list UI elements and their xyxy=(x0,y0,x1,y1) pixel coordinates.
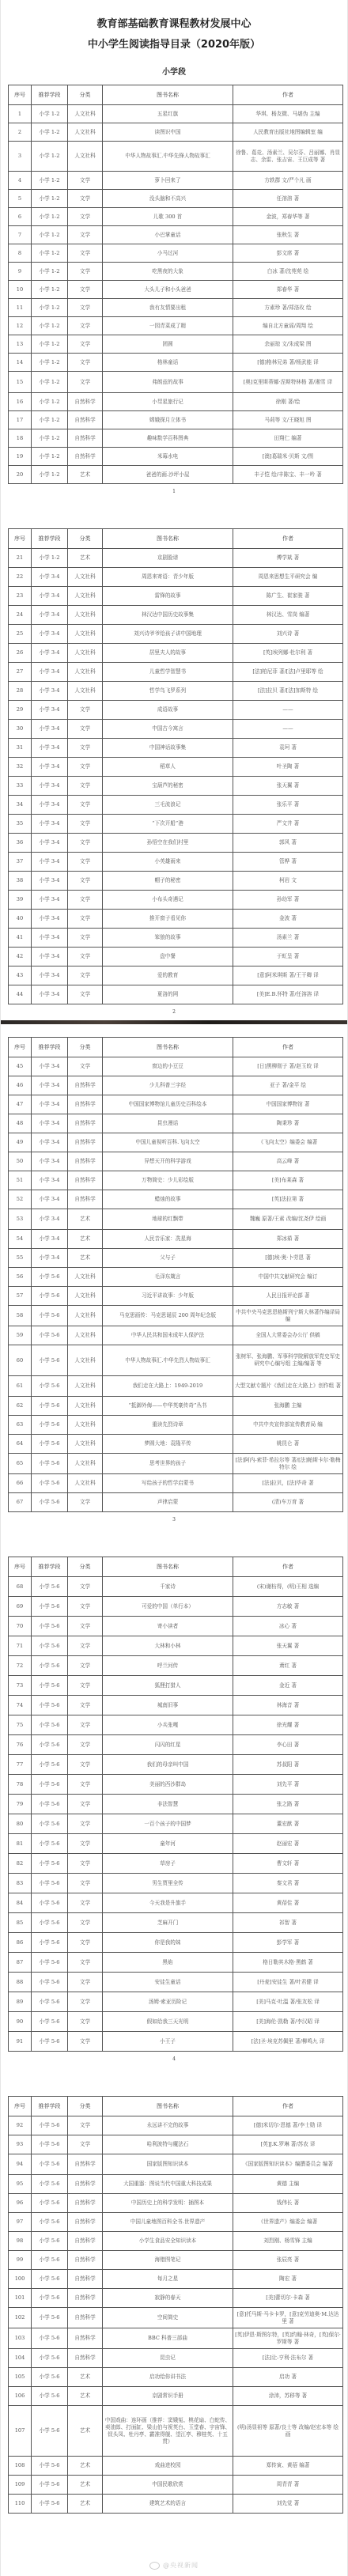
cell-serial: 35 xyxy=(9,815,32,834)
book-table: 序号推荐学段分类图书名称作者 92小学 5-6文学永远讲不完的故事[德]米切尔·… xyxy=(8,2096,343,2514)
cell-serial: 61 xyxy=(9,1376,32,1397)
cell-author: 徐光耀 著 xyxy=(233,1715,343,1735)
cell-serial: 26 xyxy=(9,644,32,663)
cell-serial: 18 xyxy=(9,429,32,448)
cell-author: 陶宏 著 xyxy=(233,2270,343,2289)
table-row: 42小学 3-4文学盘中餐于虹呈 著 xyxy=(9,948,343,966)
cell-serial: 22 xyxy=(9,568,32,587)
table-row: 32小学 3-4文学稻草人叶圣陶 著 xyxy=(9,758,343,777)
table-body: 92小学 5-6文学永远讲不完的故事[德]米切尔·恩德 著/李士勋 译93小学 … xyxy=(9,2116,343,2514)
cell-title: 小彗星旅行记 xyxy=(103,393,233,411)
cell-stage: 小学 5-6 xyxy=(32,2495,68,2514)
cell-stage: 小学 3-4 xyxy=(32,587,68,606)
cell-serial: 47 xyxy=(9,1095,32,1114)
cell-title: 草房子 xyxy=(103,1854,233,1874)
cell-category: 文学 xyxy=(68,1953,103,1973)
cell-serial: 89 xyxy=(9,1992,32,2012)
table-row: 86小学 5-6文学你是我的妹彭学军 著 xyxy=(9,1933,343,1953)
cell-stage: 小学 5-6 xyxy=(32,1913,68,1933)
cell-category: 文学 xyxy=(68,263,103,281)
cell-stage: 小学 1-2 xyxy=(32,448,68,466)
cell-serial: 38 xyxy=(9,872,32,891)
table-row: 91小学 5-6文学小王子[法]圣·埃克苏佩里 著/柳鸣九 译 xyxy=(9,2032,343,2052)
cell-stage: 小学 5-6 xyxy=(32,1474,68,1493)
table-row: 72小学 5-6文学呼兰河传萧红 著 xyxy=(9,1656,343,1676)
table-row: 69小学 5-6文学可爱的中国（单行本）方志敏 著 xyxy=(9,1597,343,1617)
cell-serial: 102 xyxy=(9,2308,32,2328)
cell-author: 郑传寅、黄蓓 编著 xyxy=(233,2457,343,2476)
cell-title: 童年河 xyxy=(103,1834,233,1854)
cell-category: 文学 xyxy=(68,335,103,354)
cell-category: 文学 xyxy=(68,777,103,796)
cell-title: 三毛流浪记 xyxy=(103,796,233,815)
page-number xyxy=(1,2514,347,2529)
cell-category: 文学 xyxy=(68,299,103,317)
cell-stage: 小学 3-4 xyxy=(32,625,68,644)
cell-title: 蜡烛的故事 xyxy=(103,1190,233,1209)
table-row: 9小学 1-2文学吃黑夜的大象白冰 著/沈苑苑 绘 xyxy=(9,263,343,281)
table-row: 58小学 5-6人文社科马克思画传：马克思诞辰 200 周年纪念版中共中央马克思… xyxy=(9,1306,343,1326)
table-row: 62小学 5-6人文社科“抵御外侮——中华英豪传奇”丛书张海鹏 主编 xyxy=(9,1397,343,1416)
cell-author: 于虹呈 著 xyxy=(233,948,343,966)
cell-serial: 16 xyxy=(9,393,32,411)
cell-title: 五星红旗 xyxy=(103,105,233,123)
header-col-author: 作者 xyxy=(233,529,343,549)
cell-author: [美]布莱森 著 xyxy=(233,1171,343,1190)
cell-category: 人文社科 xyxy=(68,682,103,701)
cell-serial: 54 xyxy=(9,1230,32,1249)
page-number: 3 xyxy=(1,1512,347,1528)
cell-stage: 小学 3-4 xyxy=(32,758,68,777)
cell-author: [英]J.K.罗琳 著/苏农 译 xyxy=(233,2135,343,2154)
cell-serial: 21 xyxy=(9,549,32,568)
cell-author: 中共中央宣传部宣传教育局 编 xyxy=(233,1416,343,1435)
cell-category: 文学 xyxy=(68,317,103,335)
table-row: 18小学 1-2自然科学趣味数学百科图典田翔仁 编著 xyxy=(9,429,343,448)
table-row: 1小学 1-2人文社科五星红旗华琪、杨友微、马堪伪 主编 xyxy=(9,105,343,123)
table-row: 96小学 5-6自然科学中国历史上的科学发明：插图本钱伟长 著 xyxy=(9,2194,343,2213)
cell-title: 少儿科普三字经 xyxy=(103,1076,233,1095)
cell-title: 建筑艺术的语言 xyxy=(103,2495,233,2514)
cell-author: 方素珍 著/郑洛玫 绘 xyxy=(233,299,343,317)
cell-category: 人文社科 xyxy=(68,1416,103,1435)
cell-category: 自然科学 xyxy=(68,2308,103,2328)
cell-serial: 4 xyxy=(9,172,32,190)
header-col-serial: 序号 xyxy=(9,2097,32,2116)
table-row: 98小学 5-6自然科学小学生食品安全知识读本刘烈刚、杨雪锋 主编 xyxy=(9,2232,343,2251)
cell-category: 自然科学 xyxy=(68,1190,103,1209)
cell-title: 空间简史 xyxy=(103,2308,233,2328)
cell-author: 华琪、杨友微、马堪伪 主编 xyxy=(233,105,343,123)
cell-title: 小王子 xyxy=(103,2032,233,2052)
cell-stage: 小学 3-4 xyxy=(32,1114,68,1133)
cell-author: [美]蕾切尔·卡森 著 xyxy=(233,2289,343,2308)
table-row: 56小学 5-6人文社科毛泽东箴言中国中共文献研究会 编订 xyxy=(9,1268,343,1287)
cell-stage: 小学 5-6 xyxy=(32,1435,68,1454)
table-row: 12小学 1-2文学一园青菜成了精编自北方童谣/周翔 绘 xyxy=(9,317,343,335)
document-page: 序号推荐学段分类图书名称作者 45小学 3-4文学窗边的小豆豆[日]黑柳彻子 著… xyxy=(1,1037,347,1528)
cell-stage: 小学 3-4 xyxy=(32,739,68,758)
cell-author: 叶圣陶 著 xyxy=(233,758,343,777)
cell-category: 文学 xyxy=(68,1992,103,2012)
cell-category: 自然科学 xyxy=(68,393,103,411)
cell-title: 黑焰 xyxy=(103,1953,233,1973)
cell-category: 自然科学 xyxy=(68,1152,103,1171)
cell-author: 人民教育出版社地图编辑室 编 xyxy=(233,123,343,142)
cell-author: [法]阿内-索菲·希拉尔等 著/[法]帕斯卡尔·勒梅特尔 绘 xyxy=(233,1454,343,1474)
cell-category: 文学 xyxy=(68,1854,103,1874)
cell-category: 自然科学 xyxy=(68,2270,103,2289)
table-row: 92小学 5-6文学永远讲不完的故事[德]米切尔·恩德 著/李士勋 译 xyxy=(9,2116,343,2135)
cell-author: [美]马克·吐温 著/张友松 译 xyxy=(233,1992,343,2012)
table-row: 49小学 3-4自然科学中国儿童视听百科.飞向太空《飞向太空》编委会 编著 xyxy=(9,1133,343,1152)
cell-author: [澳]葛瑞米·贝斯 文/图 xyxy=(233,448,343,466)
cell-stage: 小学 1-2 xyxy=(32,172,68,190)
cell-serial: 83 xyxy=(9,1874,32,1893)
table-row: 50小学 3-4自然科学异想天开的科学游戏高云峰 著 xyxy=(9,1152,343,1171)
table-row: 46小学 3-4自然科学少儿科普三字经亚子 著/金平 绘 xyxy=(9,1076,343,1095)
table-row: 47小学 3-4自然科学中国国家博物馆儿童历史百科绘本中国国家博物馆 著 xyxy=(9,1095,343,1114)
cell-category: 艺术 xyxy=(68,2406,103,2457)
table-row: 61小学 5-6人文社科我们走在大路上：1949-2019大型文献专题片《我们走… xyxy=(9,1376,343,1397)
cell-stage: 小学 1-2 xyxy=(32,299,68,317)
cell-category: 艺术 xyxy=(68,466,103,484)
cell-category: 文学 xyxy=(68,190,103,208)
table-row: 36小学 3-4文学孙悟空在我们村里郭风 著 xyxy=(9,834,343,853)
cell-stage: 小学 3-4 xyxy=(32,1152,68,1171)
cell-author: 秦文君 著 xyxy=(233,1874,343,1893)
cell-author: 中国中共文献研究会 编订 xyxy=(233,1268,343,1287)
cell-serial: 14 xyxy=(9,354,32,372)
cell-serial: 60 xyxy=(9,1345,32,1376)
cell-stage: 小学 5-6 xyxy=(32,2154,68,2175)
table-row: 64小学 5-6人文社科梦圆大地：袁隆平传姚昆仑 著 xyxy=(9,1435,343,1454)
cell-stage: 小学 5-6 xyxy=(32,1493,68,1512)
cell-stage: 小学 1-2 xyxy=(32,372,68,393)
table-row: 35小学 3-4文学“下次开船”港严文井 著 xyxy=(9,815,343,834)
cell-category: 艺术 xyxy=(68,2457,103,2476)
cell-category: 文学 xyxy=(68,1755,103,1775)
cell-title: 小学生食品安全知识读本 xyxy=(103,2232,233,2251)
table-body: 45小学 3-4文学窗边的小豆豆[日]黑柳彻子 著/赵玉皎 译46小学 3-4自… xyxy=(9,1057,343,1512)
cell-category: 文学 xyxy=(68,1893,103,1913)
header-col-stage: 推荐学段 xyxy=(32,2097,68,2116)
cell-category: 文学 xyxy=(68,1057,103,1076)
cell-author: 陶秉珍 著 xyxy=(233,1114,343,1133)
watermark: @央视新闻 xyxy=(1,2529,347,2576)
cell-serial: 81 xyxy=(9,1834,32,1854)
cell-author: 余丽琼 文/朱成梁 图 xyxy=(233,335,343,354)
cell-author: 彭文席 著 xyxy=(233,244,343,263)
cell-title: 稻草人 xyxy=(103,758,233,777)
cell-category: 自然科学 xyxy=(68,2349,103,2368)
cell-stage: 小学 5-6 xyxy=(32,1656,68,1676)
table-row: 60小学 5-6人文社科中华人物故事汇.中华先烈人物故事汇张树军、张海鹏、军事科… xyxy=(9,1345,343,1376)
cell-author: 郭风 著 xyxy=(233,834,343,853)
cell-stage: 小学 5-6 xyxy=(32,1676,68,1696)
cell-category: 文学 xyxy=(68,1834,103,1854)
cell-author: (清)车万育 著 xyxy=(233,1493,343,1512)
cell-category: 自然科学 xyxy=(68,2154,103,2175)
cell-title: 小马过河 xyxy=(103,244,233,263)
cell-category: 自然科学 xyxy=(68,2232,103,2251)
table-row: 99小学 5-6自然科学海错图笔记张辰亮 著 xyxy=(9,2251,343,2270)
cell-title: 中国古今寓言 xyxy=(103,720,233,739)
cell-serial: 66 xyxy=(9,1474,32,1493)
document-header: 教育部基础教育课程教材发展中心 中小学生阅读指导目录（2020年版） 小学段 xyxy=(1,0,347,77)
cell-stage: 小学 1-2 xyxy=(32,123,68,142)
cell-category: 自然科学 xyxy=(68,1076,103,1095)
table-row: 83小学 5-6文学男生贾里全传秦文君 著 xyxy=(9,1874,343,1893)
cell-title: 我有友情要出租 xyxy=(103,299,233,317)
cell-serial: 40 xyxy=(9,910,32,929)
table-row: 41小学 3-4文学笨狼的故事汤素兰 著 xyxy=(9,929,343,948)
cell-category: 文学 xyxy=(68,1597,103,1617)
table-row: 52小学 3-4自然科学蜡烛的故事[英]法拉第 著 xyxy=(9,1190,343,1209)
table-row: 6小学 1-2文学儿歌 300 首金波，郑春华等 著 xyxy=(9,208,343,226)
table-header: 序号推荐学段分类图书名称作者 xyxy=(9,1557,343,1577)
cell-author: 赵丽宏 著 xyxy=(233,1834,343,1854)
cell-title: 寄小读者 xyxy=(103,1617,233,1636)
cell-title: “下次开船”港 xyxy=(103,815,233,834)
cell-category: 人文社科 xyxy=(68,1454,103,1474)
cell-author: 任溶溶 著 xyxy=(233,190,343,208)
cell-category: 文学 xyxy=(68,985,103,1004)
table-row: 24小学 3-4人文社科林汉达中国历史故事集林汉达、雪岗 编著 xyxy=(9,606,343,625)
cell-title: 海错图笔记 xyxy=(103,2251,233,2270)
cell-serial: 87 xyxy=(9,1953,32,1973)
cell-author: 徐鲁、葛竞、汤素兰、吴尔芬、吕丽娜、肖显志、余雷、张吉宙、王巨成等 著 xyxy=(233,142,343,172)
cell-category: 艺术 xyxy=(68,1230,103,1249)
cell-author: 柯岩 文 xyxy=(233,872,343,891)
cell-title: 梦圆大地：袁隆平传 xyxy=(103,1435,233,1454)
cell-author: [丹麦]安徒生 著/叶君健 译 xyxy=(233,1973,343,1992)
cell-category: 自然科学 xyxy=(68,2251,103,2270)
cell-title: “抵御外侮——中华英豪传奇”丛书 xyxy=(103,1397,233,1416)
cell-author: 管桦 著 xyxy=(233,853,343,872)
cell-category: 文学 xyxy=(68,1933,103,1953)
table-row: 105小学 5-6艺术启功给你讲书法启功 著 xyxy=(9,2368,343,2387)
cell-stage: 小学 3-4 xyxy=(32,1230,68,1249)
cell-serial: 3 xyxy=(9,142,32,172)
cell-category: 自然科学 xyxy=(68,2213,103,2232)
cell-author: 《国家版图知识读本》编撰委员会 编著 xyxy=(233,2154,343,2175)
table-row: 80小学 5-6文学一百个孩子的中国梦董宏猷 著 xyxy=(9,1814,343,1834)
cell-category: 人文社科 xyxy=(68,644,103,663)
cell-category: 人文社科 xyxy=(68,1306,103,1326)
cell-serial: 33 xyxy=(9,777,32,796)
cell-author: [法]柏尼菲 著/[法]卢里耶等 绘 xyxy=(233,663,343,682)
header-col-author: 作者 xyxy=(233,1557,343,1577)
cell-author: 林汉达、雪岗 编著 xyxy=(233,606,343,625)
cell-author: 亚子 著/金平 绘 xyxy=(233,1076,343,1095)
table-row: 13小学 1-2文学团圆余丽琼 文/朱成梁 图 xyxy=(9,335,343,354)
cell-serial: 15 xyxy=(9,372,32,393)
cell-serial: 70 xyxy=(9,1617,32,1636)
cell-author: 高云峰 著 xyxy=(233,1152,343,1171)
table-body: 68小学 5-6文学千家诗(宋)谢枋得，(明)王相 选编69小学 5-6文学可爱… xyxy=(9,1577,343,2052)
cell-serial: 19 xyxy=(9,448,32,466)
cell-category: 人文社科 xyxy=(68,663,103,682)
section-heading: 小学段 xyxy=(1,65,347,77)
cell-stage: 小学 3-4 xyxy=(32,701,68,720)
cell-serial: 84 xyxy=(9,1893,32,1913)
table-row: 79小学 5-6文学非法智慧张之路 著 xyxy=(9,1795,343,1814)
cell-serial: 12 xyxy=(9,317,32,335)
cell-stage: 小学 3-4 xyxy=(32,929,68,948)
cell-category: 文学 xyxy=(68,720,103,739)
cell-author: [日]黑柳彻子 著/赵玉皎 译 xyxy=(233,1057,343,1076)
table-row: 19小学 1-2自然科学米莓水电[澳]葛瑞米·贝斯 文/图 xyxy=(9,448,343,466)
table-header: 序号推荐学段分类图书名称作者 xyxy=(9,2097,343,2116)
cell-title: 大林和小林 xyxy=(103,1636,233,1656)
cell-serial: 17 xyxy=(9,411,32,429)
cell-serial: 104 xyxy=(9,2349,32,2368)
page-number: 2 xyxy=(1,1004,347,1020)
cell-stage: 小学 5-6 xyxy=(32,1287,68,1306)
cell-serial: 27 xyxy=(9,663,32,682)
cell-author: 彭学军 著 xyxy=(233,1933,343,1953)
page-gap xyxy=(1,500,347,528)
table-row: 38小学 3-4文学帽子的秘密柯岩 文 xyxy=(9,872,343,891)
cell-serial: 28 xyxy=(9,682,32,701)
table-row: 39小学 3-4文学小布头奇遇记孙幼军 著 xyxy=(9,891,343,910)
cell-stage: 小学 5-6 xyxy=(32,1306,68,1326)
cell-category: 人文社科 xyxy=(68,1268,103,1287)
cell-title: 窗边的小豆豆 xyxy=(103,1057,233,1076)
cell-serial: 85 xyxy=(9,1913,32,1933)
cell-serial: 77 xyxy=(9,1755,32,1775)
cell-title: 父与子 xyxy=(103,1249,233,1268)
cell-serial: 10 xyxy=(9,281,32,299)
cell-author: 《飞向太空》编委会 编著 xyxy=(233,1133,343,1152)
cell-stage: 小学 3-4 xyxy=(32,1057,68,1076)
table-row: 31小学 3-4文学中国神话故事集袁珂 著 xyxy=(9,739,343,758)
cell-category: 文学 xyxy=(68,834,103,853)
cell-serial: 94 xyxy=(9,2154,32,2175)
cell-serial: 97 xyxy=(9,2213,32,2232)
cell-stage: 小学 5-6 xyxy=(32,1933,68,1953)
cell-category: 文学 xyxy=(68,929,103,948)
document-page: 序号推荐学段分类图书名称作者 1小学 1-2人文社科五星红旗华琪、杨友微、马堪伪… xyxy=(1,85,347,500)
cell-author: [英]伊恩·斯图尔特，[英]约翰·林奇，[英]保尔·罗斯等 著 xyxy=(233,2328,343,2349)
cell-title: 中国国家博物馆儿童历史百科绘本 xyxy=(103,1095,233,1114)
cell-author: 刘先觉 著 xyxy=(233,2495,343,2514)
table-row: 33小学 3-4文学宝葫芦的秘密张天翼 著 xyxy=(9,777,343,796)
cell-stage: 小学 5-6 xyxy=(32,1953,68,1973)
table-row: 76小学 5-6文学闪闪的红星李心田 著 xyxy=(9,1735,343,1755)
table-row: 71小学 5-6文学大林和小林张天翼 著 xyxy=(9,1636,343,1656)
cell-serial: 58 xyxy=(9,1306,32,1326)
cell-title: 芝麻开门 xyxy=(103,1913,233,1933)
cell-serial: 48 xyxy=(9,1114,32,1133)
cell-author: 傅学斌 著 xyxy=(233,549,343,568)
table-row: 29小学 3-4文学成语故事—— xyxy=(9,701,343,720)
cell-stage: 小学 5-6 xyxy=(32,1376,68,1397)
cell-serial: 13 xyxy=(9,335,32,354)
cell-category: 文学 xyxy=(68,891,103,910)
cell-stage: 小学 1-2 xyxy=(32,354,68,372)
cell-author: 方志敏 著 xyxy=(233,1597,343,1617)
table-row: 22小学 3-4人文社科周恩来寄语：青少年版周恩来思想生平研究会 编 xyxy=(9,568,343,587)
header-col-stage: 推荐学段 xyxy=(32,1557,68,1577)
cell-serial: 88 xyxy=(9,1973,32,1992)
cell-author: 周恩来思想生平研究会 编 xyxy=(233,568,343,587)
cell-title: 爱的教育 xyxy=(103,966,233,985)
cell-serial: 57 xyxy=(9,1287,32,1306)
cell-serial: 2 xyxy=(9,123,32,142)
cell-stage: 小学 5-6 xyxy=(32,1345,68,1376)
cell-serial: 64 xyxy=(9,1435,32,1454)
cell-title: 思考世界的孩子 xyxy=(103,1454,233,1474)
cell-author: [德]格林兄弟 著/杨武能 译 xyxy=(233,354,343,372)
cell-stage: 小学 3-4 xyxy=(32,966,68,985)
table-header: 序号推荐学段分类图书名称作者 xyxy=(9,85,343,105)
cell-stage: 小学 5-6 xyxy=(32,1397,68,1416)
cell-author: 张海鹏 主编 xyxy=(233,1397,343,1416)
cell-serial: 49 xyxy=(9,1133,32,1152)
table-row: 28小学 3-4人文社科哲学鸟飞罗系列[法]拉贝 著/[法]加斯特 绘 xyxy=(9,682,343,701)
table-row: 75小学 5-6文学小兵张嘎徐光耀 著 xyxy=(9,1715,343,1735)
cell-title: 重读先烈诗章 xyxy=(103,1416,233,1435)
cell-title: 小巴掌童话 xyxy=(103,226,233,244)
cell-author: (明)汤显祖等 原著/良士等 改编/赵宏本等 绘画 xyxy=(233,2406,343,2457)
cell-serial: 20 xyxy=(9,466,32,484)
cell-serial: 42 xyxy=(9,948,32,966)
cell-author: [美]海伦·凯勒 著/李汉昭 译 xyxy=(233,2012,343,2032)
page-gap xyxy=(1,1528,347,1557)
cell-stage: 小学 1-2 xyxy=(32,244,68,263)
table-row: 81小学 5-6文学童年河赵丽宏 著 xyxy=(9,1834,343,1854)
cell-title: 一百个孩子的中国梦 xyxy=(103,1814,233,1834)
cell-stage: 小学 5-6 xyxy=(32,1416,68,1435)
table-body: 21小学 1-2艺术京剧脸谱傅学斌 著22小学 3-4人文社科周恩来寄语：青少年… xyxy=(9,549,343,1004)
cell-category: 自然科学 xyxy=(68,2328,103,2349)
document-title: 教育部基础教育课程教材发展中心 xyxy=(1,17,347,32)
cell-category: 文学 xyxy=(68,2012,103,2032)
cell-author: 启功 著 xyxy=(233,2368,343,2387)
cell-serial: 50 xyxy=(9,1152,32,1171)
table-row: 66小学 5-6人文社科写给孩子的哲学启蒙书[法]拉贝，[法]毕奇 著 xyxy=(9,1474,343,1493)
cell-title: 笨狼的故事 xyxy=(103,929,233,948)
cell-title: 美丽的西沙群岛 xyxy=(103,1775,233,1795)
cell-title: 儿童哲学智慧书 xyxy=(103,663,233,682)
table-row: 97小学 5-6自然科学中国儿童地图百科全书.世界遗产《世界遗产》编委会 编著 xyxy=(9,2213,343,2232)
table-row: 78小学 5-6文学美丽的西沙群岛刘先平 著 xyxy=(9,1775,343,1795)
table-row: 57小学 5-6人文社科习近平讲故事：少年版人民日报评论部 著 xyxy=(9,1287,343,1306)
cell-title: 异想天开的科学游戏 xyxy=(103,1152,233,1171)
table-row: 5小学 1-2文学没头脑和不高兴任溶溶 著 xyxy=(9,190,343,208)
cell-category: 文学 xyxy=(68,1913,103,1933)
cell-category: 自然科学 xyxy=(68,2289,103,2308)
cell-stage: 小学 5-6 xyxy=(32,1992,68,2012)
cell-author: 刘兴诗 著 xyxy=(233,625,343,644)
cell-title: 哲学鸟飞罗系列 xyxy=(103,682,233,701)
cell-author: 张天翼 著 xyxy=(233,1636,343,1656)
cell-title: 爸爸的画.沙坪小屋 xyxy=(103,466,233,484)
cell-author: 人民日报评论部 著 xyxy=(233,1287,343,1306)
cell-stage: 小学 5-6 xyxy=(32,1834,68,1854)
cell-stage: 小学 5-6 xyxy=(32,1795,68,1814)
cell-stage: 小学 3-4 xyxy=(32,682,68,701)
cell-author: 刘烈刚、杨雪锋 主编 xyxy=(233,2232,343,2251)
table-row: 85小学 5-6文学芝麻开门祁智 著 xyxy=(9,1913,343,1933)
header-col-stage: 推荐学段 xyxy=(32,85,68,105)
cell-serial: 109 xyxy=(9,2476,32,2495)
table-row: 23小学 3-4人文社科雷锋的故事陈广生、崔家骏 著 xyxy=(9,587,343,606)
cell-category: 自然科学 xyxy=(68,448,103,466)
table-row: 30小学 3-4文学中国古今寓言—— xyxy=(9,720,343,739)
